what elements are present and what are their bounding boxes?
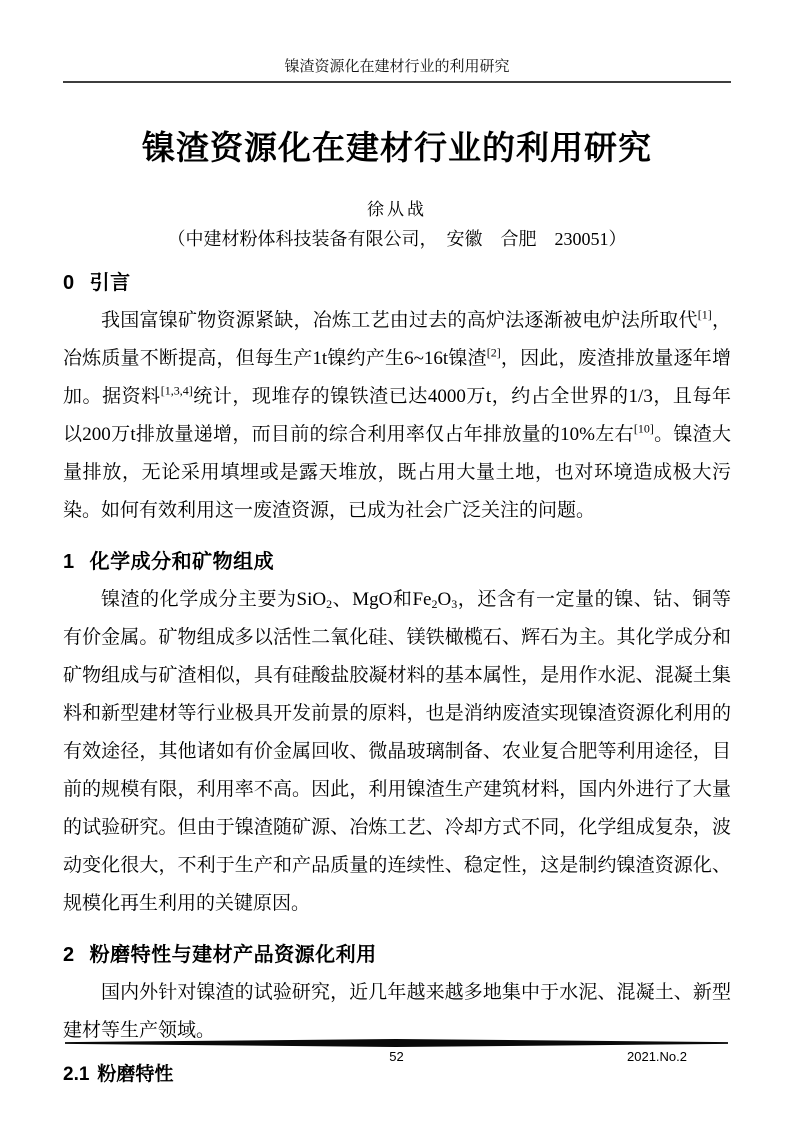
journal-issue: 2021.No.2: [627, 1049, 687, 1064]
document-page: 镍渣资源化在建材行业的利用研究 镍渣资源化在建材行业的利用研究 徐从战 （中建材…: [0, 0, 793, 1122]
page-footer: 52 2021.No.2: [0, 1038, 793, 1122]
section-2-heading: 2粉磨特性与建材产品资源化利用: [63, 939, 731, 971]
section-0-title: 引言: [90, 272, 131, 294]
section-introduction: 0引言 我国富镍矿物资源紧缺，冶炼工艺由过去的高炉法逐渐被电炉法所取代[1]，冶…: [63, 267, 731, 530]
running-head-title: 镍渣资源化在建材行业的利用研究: [284, 59, 509, 75]
article-title: 镍渣资源化在建材行业的利用研究: [63, 126, 731, 170]
section-2-number: 2: [63, 944, 75, 966]
section-chemical-composition: 1化学成分和矿物组成 镍渣的化学成分主要为SiO2、MgO和Fe2O3，还含有一…: [63, 546, 731, 923]
section-2-title: 粉磨特性与建材产品资源化利用: [90, 944, 377, 966]
running-head: 镍渣资源化在建材行业的利用研究: [63, 0, 731, 78]
article-affiliation: （中建材粉体科技装备有限公司， 安徽 合肥 230051）: [63, 225, 731, 251]
section-1-heading: 1化学成分和矿物组成: [63, 546, 731, 578]
header-rule: [63, 81, 731, 83]
section-1-paragraph-1: 镍渣的化学成分主要为SiO2、MgO和Fe2O3，还含有一定量的镍、钴、铜等有价…: [63, 581, 731, 923]
section-0-heading: 0引言: [63, 267, 731, 299]
section-0-paragraph-1: 我国富镍矿物资源紧缺，冶炼工艺由过去的高炉法逐渐被电炉法所取代[1]，冶炼质量不…: [63, 302, 731, 530]
section-1-title: 化学成分和矿物组成: [90, 551, 275, 573]
section-0-number: 0: [63, 272, 75, 294]
section-1-number: 1: [63, 551, 75, 573]
footer-divider: [65, 1039, 728, 1047]
page-content: 镍渣资源化在建材行业的利用研究 镍渣资源化在建材行业的利用研究 徐从战 （中建材…: [0, 0, 793, 1090]
article-author: 徐从战: [63, 195, 731, 220]
